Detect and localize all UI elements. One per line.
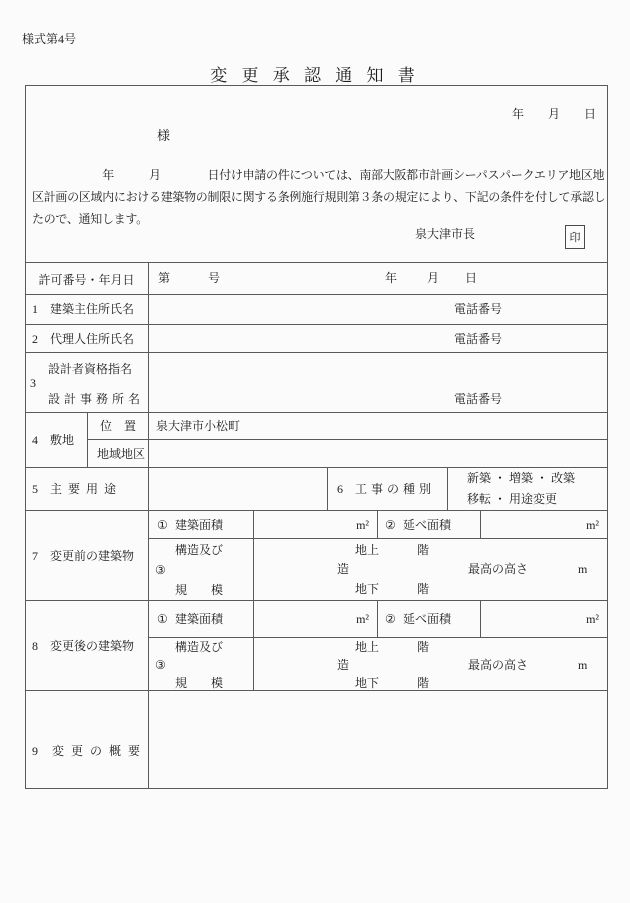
row3-number: 3: [30, 376, 36, 390]
row8-height-unit: m: [578, 658, 587, 672]
row8-structure-circle: ③: [155, 658, 166, 672]
row3-label-line2: 設計事務所名: [48, 392, 144, 406]
row6-option-line2: 移転 ・ 用途変更: [467, 492, 557, 506]
row8-label: 変更後の建築物: [50, 639, 134, 653]
row7-area-unit: m²: [253, 518, 377, 533]
row2-phone-label: 電話番号: [454, 332, 502, 346]
grid-line: [25, 324, 607, 325]
row7-height-unit: m: [578, 562, 587, 576]
document-title: 変 更 承 認 通 知 書: [0, 61, 630, 86]
row1-label: 建築主住所氏名: [50, 302, 134, 316]
row6-label: 工事の種別: [355, 482, 435, 496]
letter-body-line: 年 月 日付け申請の件については、南部大阪都市計画シーパスパークエリア地区地: [32, 164, 594, 186]
grid-line: [25, 352, 607, 353]
row8-structure-label-line2: 規 模: [175, 676, 223, 690]
grid-line: [148, 538, 607, 539]
row4-number: 4: [32, 433, 38, 447]
row8-structure-suffix: 造: [337, 658, 349, 672]
row7-area-label: 建築面積: [175, 518, 223, 532]
grid-line: [25, 600, 607, 601]
permit-no-prefix: 第: [158, 271, 170, 285]
grid-line: [377, 600, 378, 637]
row5-number: 5: [32, 482, 38, 496]
grid-line: [87, 412, 88, 467]
grid-line: [25, 294, 607, 295]
grid-line: [148, 262, 149, 788]
letter-body-line: たので、通知します。: [32, 208, 594, 230]
row7-structure-label-line2: 規 模: [175, 583, 223, 597]
form-number: 様式第4号: [22, 30, 76, 47]
grid-line: [25, 510, 607, 511]
row3-phone-label: 電話番号: [454, 392, 502, 406]
row1-number: 1: [32, 302, 38, 316]
grid-line: [377, 510, 378, 538]
row2-label: 代理人住所氏名: [50, 332, 134, 346]
row7-above-floors-label: 階: [417, 543, 429, 557]
row8-below-floors-label: 階: [417, 676, 429, 690]
row7-below-ground-label: 地下: [355, 582, 379, 596]
row7-area-circle: ①: [157, 518, 168, 532]
grid-line: [253, 510, 254, 690]
row7-label: 変更前の建築物: [50, 549, 134, 563]
row4-label: 敷地: [50, 433, 74, 447]
grid-line: [25, 690, 607, 691]
row7-total-label: 延べ面積: [403, 518, 451, 532]
permit-number-header: 許可番号・年月日: [25, 271, 148, 288]
row8-total-circle: ②: [385, 612, 396, 626]
row8-area-circle: ①: [157, 612, 168, 626]
row4-district-label: 地域地区: [97, 447, 145, 461]
seal-label: 印: [570, 229, 581, 245]
grid-line: [25, 412, 607, 413]
row8-total-unit: m²: [480, 612, 607, 627]
permit-no-suffix: 号: [208, 271, 220, 285]
row7-below-floors-label: 階: [417, 582, 429, 596]
grid-line: [25, 467, 607, 468]
grid-line: [25, 262, 607, 263]
document-page: 様式第4号 変 更 承 認 通 知 書 年 月 日 様 年 月 日付け申請の件に…: [0, 0, 630, 903]
addressee-suffix: 様: [157, 128, 170, 144]
row7-structure-label-line1: 構造及び: [175, 543, 223, 557]
permit-month-label: 月: [427, 271, 439, 285]
row7-number: 7: [32, 549, 38, 563]
row8-above-ground-label: 地上: [355, 640, 379, 654]
grid-line: [327, 467, 328, 510]
row8-total-label: 延べ面積: [403, 612, 451, 626]
row7-total-unit: m²: [480, 518, 607, 533]
row8-below-ground-label: 地下: [355, 676, 379, 690]
row8-structure-label-line1: 構造及び: [175, 640, 223, 654]
row2-number: 2: [32, 332, 38, 346]
row7-structure-suffix: 造: [337, 562, 349, 576]
seal-box: 印: [565, 225, 585, 249]
grid-line: [87, 439, 607, 440]
row6-number: 6: [337, 482, 343, 496]
row8-max-height-label: 最高の高さ: [468, 658, 528, 672]
row8-above-floors-label: 階: [417, 640, 429, 654]
row6-option-line1: 新築 ・ 増築 ・ 改築: [467, 471, 575, 485]
row1-phone-label: 電話番号: [454, 302, 502, 316]
row5-label: 主要用途: [50, 482, 122, 496]
permit-year-label: 年: [385, 271, 397, 285]
row8-area-label: 建築面積: [175, 612, 223, 626]
letter-body: 年 月 日付け申請の件については、南部大阪都市計画シーパスパークエリア地区地 区…: [32, 164, 594, 230]
issue-date-line: 年 月 日: [512, 107, 596, 121]
row7-total-circle: ②: [385, 518, 396, 532]
row8-number: 8: [32, 639, 38, 653]
grid-line: [148, 637, 607, 638]
row7-above-ground-label: 地上: [355, 543, 379, 557]
row8-area-unit: m²: [253, 612, 377, 627]
grid-line: [447, 467, 448, 510]
signer-title: 泉大津市長: [415, 227, 475, 241]
row9-number: 9: [32, 744, 38, 758]
row9-label: 変更の概要: [52, 744, 147, 758]
row3-label-line1: 設計者資格指名: [48, 362, 132, 376]
row4-position-value: 泉大津市小松町: [156, 419, 240, 433]
row7-max-height-label: 最高の高さ: [468, 562, 528, 576]
letter-body-line: 区計画の区域内における建築物の制限に関する条例施行規則第３条の規定により、下記の…: [32, 186, 594, 208]
row7-structure-circle: ③: [155, 563, 166, 577]
permit-day-label: 日: [465, 271, 477, 285]
row4-position-label: 位 置: [100, 419, 136, 433]
